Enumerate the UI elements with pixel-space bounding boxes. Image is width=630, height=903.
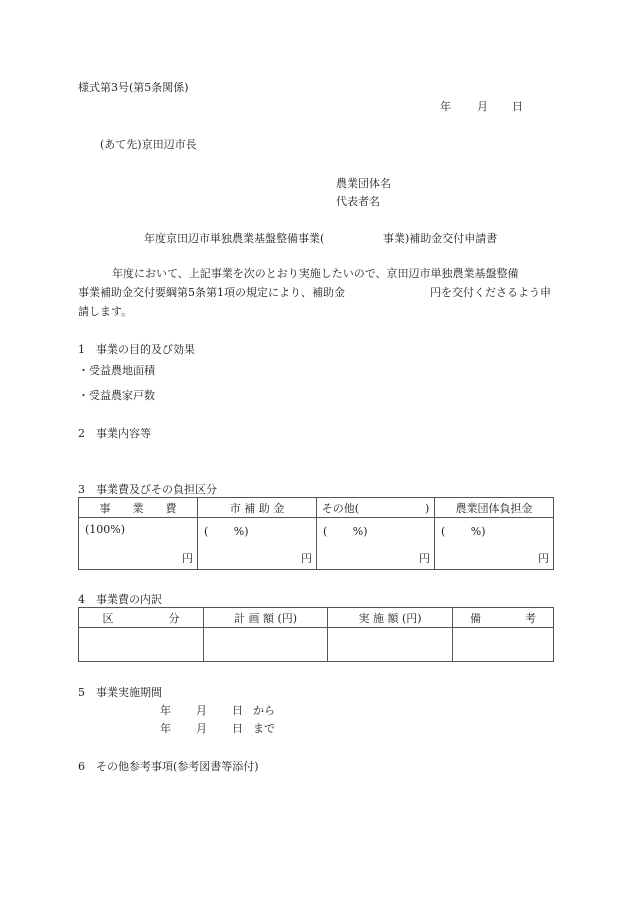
header-actual: 実 施 額 (円)	[328, 608, 453, 628]
section1-heading: 1 事業の目的及び効果	[78, 343, 195, 356]
section1-item: ・受益農家戸数	[78, 389, 155, 402]
section5-heading: 5 事業実施期間	[78, 686, 162, 699]
table-row	[79, 628, 554, 662]
date-day: 日	[512, 100, 523, 113]
date-year: 年	[440, 100, 451, 113]
section1-item: ・受益農地面積	[78, 364, 155, 377]
addressee: (あて先)京田辺市長	[100, 138, 197, 151]
header-planned: 計 画 額 (円)	[204, 608, 328, 628]
section4-heading: 4 事業費の内訳	[78, 593, 162, 606]
header-project-cost: 事 業 費	[79, 498, 198, 518]
project-cost-cell[interactable]: (100%)円	[79, 518, 198, 570]
date-month: 月	[477, 100, 488, 113]
header-category: 区 分	[79, 608, 204, 628]
org-share-cell[interactable]: ( %)円	[435, 518, 554, 570]
actual-cell[interactable]	[328, 628, 453, 662]
form-id: 様式第3号(第5条関係)	[78, 81, 189, 94]
section3-heading: 3 事業費及びその負担区分	[78, 483, 217, 496]
header-org-share: 農業団体負担金	[435, 498, 554, 518]
planned-cell[interactable]	[204, 628, 328, 662]
remarks-cell[interactable]	[453, 628, 554, 662]
org-name-label: 農業団体名	[336, 177, 391, 190]
cost-breakdown-table: 区 分 計 画 額 (円) 実 施 額 (円) 備 考	[78, 607, 554, 662]
representative-label: 代表者名	[336, 195, 380, 208]
header-city-subsidy: 市 補 助 金	[198, 498, 317, 518]
section2-heading: 2 事業内容等	[78, 427, 151, 440]
section6-heading: 6 その他参考事項(参考図書等添付)	[78, 760, 259, 773]
header-other: その他( )	[317, 498, 435, 518]
header-remarks: 備 考	[453, 608, 554, 628]
cost-share-table: 事 業 費 市 補 助 金 その他( ) 農業団体負担金 (100%)円 ( %…	[78, 497, 554, 570]
category-cell[interactable]	[79, 628, 204, 662]
city-subsidy-cell[interactable]: ( %)円	[198, 518, 317, 570]
other-cell[interactable]: ( %)円	[317, 518, 435, 570]
